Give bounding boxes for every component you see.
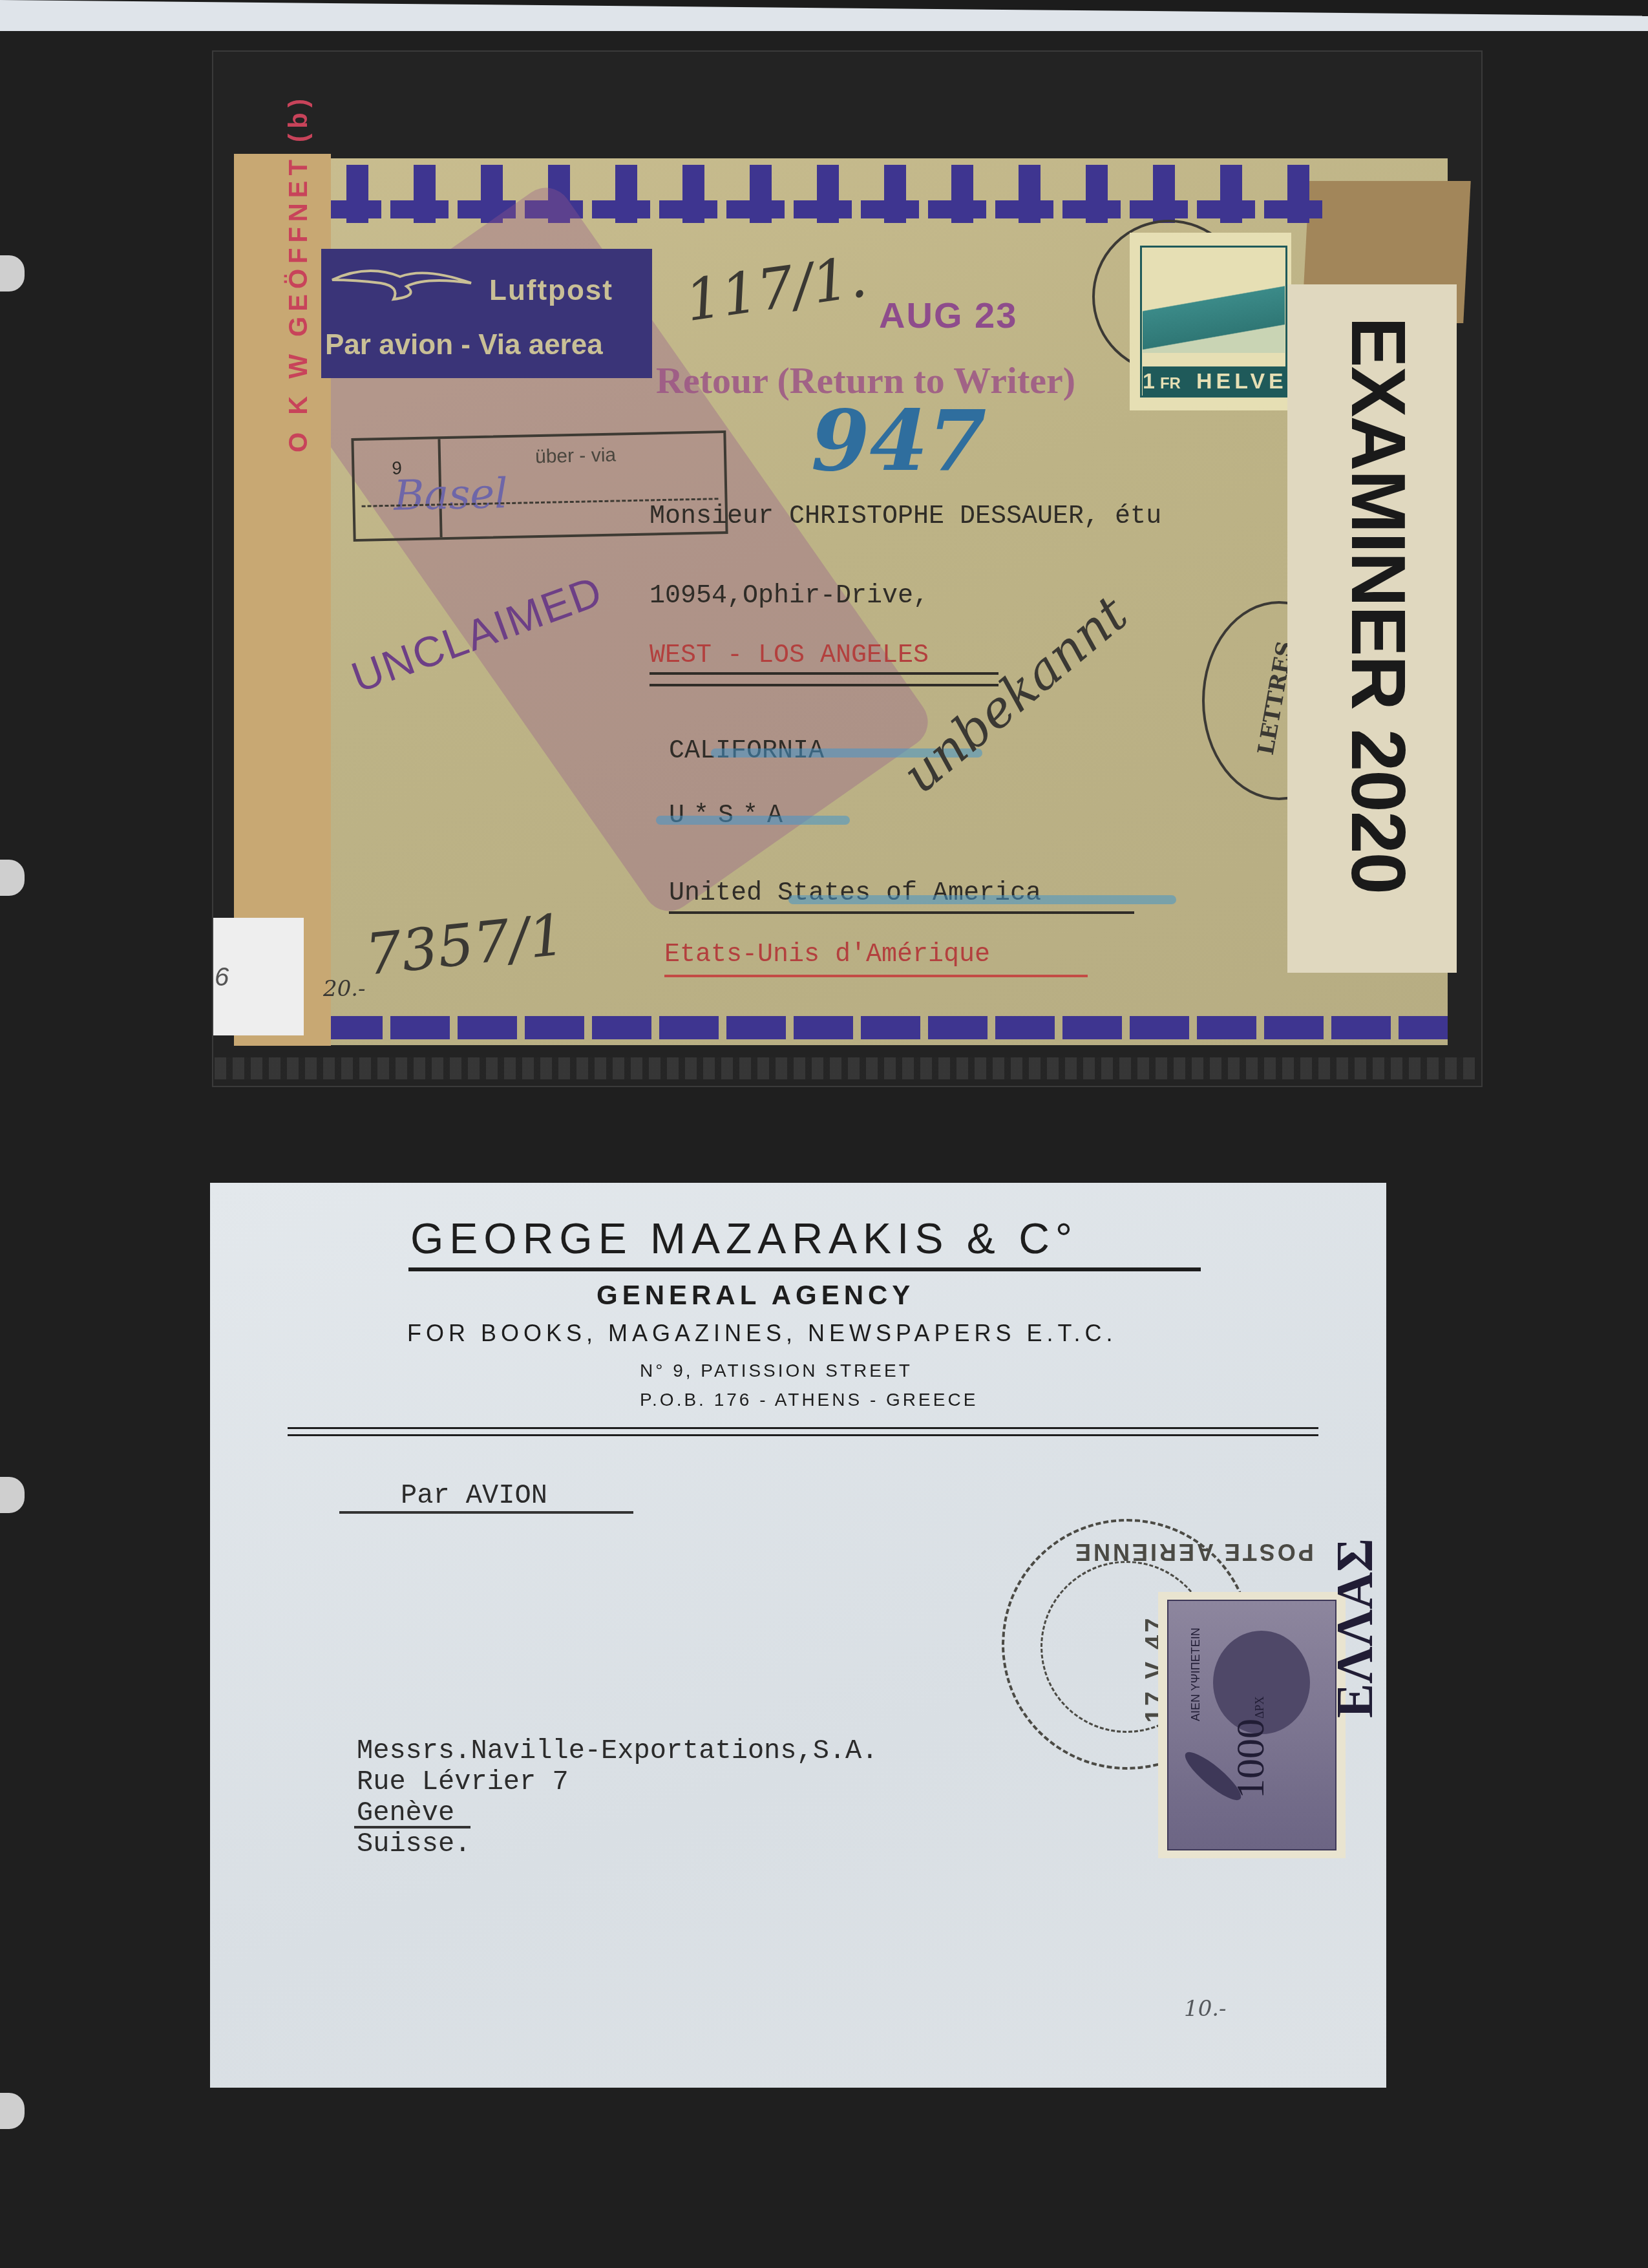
airmail-border-bottom bbox=[323, 1016, 1448, 1039]
sleeve-bottom-edge bbox=[215, 1057, 1475, 1079]
letterhead-subtitle: GENERAL AGENCY bbox=[597, 1280, 914, 1311]
swiss-airmail-stamp: 1FRHELVE bbox=[1130, 233, 1291, 410]
par-avion-text: Par AVION bbox=[401, 1480, 547, 1511]
address-line: WEST - LOS ANGELES bbox=[650, 641, 929, 670]
examiner-text: EXAMINER 2020 bbox=[1334, 317, 1422, 963]
album-label-patch: 6 bbox=[213, 918, 304, 1035]
address-line: Monsieur CHRISTOPHE DESSAUER, étu bbox=[650, 502, 1161, 531]
address-line: Etats-Unis d'Amérique bbox=[664, 940, 990, 970]
address-line: Genève bbox=[357, 1797, 454, 1828]
airmail-label: Luftpost Par avion - Via aerea bbox=[321, 249, 652, 378]
letterhead-pobox: P.O.B. 176 - ATHENS - GREECE bbox=[640, 1390, 978, 1410]
mountain-vignette bbox=[1143, 282, 1285, 353]
censor-tape-left bbox=[234, 154, 331, 1046]
letterhead-company: GEORGE MAZARAKIS & C° bbox=[410, 1214, 1078, 1263]
greek-airmail-stamp: ΑΙΕΝ ΥΨΙΠΕΤΕΙΝ 1000ΔΡΧ ΕΛΛΑΣ bbox=[1158, 1592, 1346, 1858]
letterhead-street: N° 9, PATISSION STREET bbox=[640, 1361, 913, 1381]
postmark-text: POSTE AERIENNE bbox=[1073, 1538, 1314, 1565]
address-line: 10954,Ophir-Drive, bbox=[650, 582, 929, 611]
letterhead-tagline: FOR BOOKS, MAGAZINES, NEWSPAPERS E.T.C. bbox=[407, 1320, 1117, 1347]
airmail-border-top-band bbox=[323, 200, 1331, 218]
pencil-price: 20.- bbox=[323, 976, 366, 1002]
censor-tape-text: O K W GEÖFFNET (b) bbox=[284, 94, 313, 452]
blue-crayon-number: 947 bbox=[811, 391, 986, 490]
seagull-icon bbox=[329, 260, 478, 306]
pencil-price: 10.- bbox=[1184, 1996, 1227, 2022]
airmail-label-line2: Par avion - Via aerea bbox=[325, 329, 603, 361]
airmail-label-line1: Luftpost bbox=[489, 275, 613, 307]
date-stamp: AUG 23 bbox=[879, 294, 1017, 336]
address-line: Rue Lévrier 7 bbox=[357, 1766, 569, 1797]
handwritten-basel: Basel bbox=[394, 470, 509, 520]
address-line: Messrs.Naville-Exportations,S.A. bbox=[357, 1735, 878, 1766]
address-line: Suisse. bbox=[357, 1828, 470, 1860]
